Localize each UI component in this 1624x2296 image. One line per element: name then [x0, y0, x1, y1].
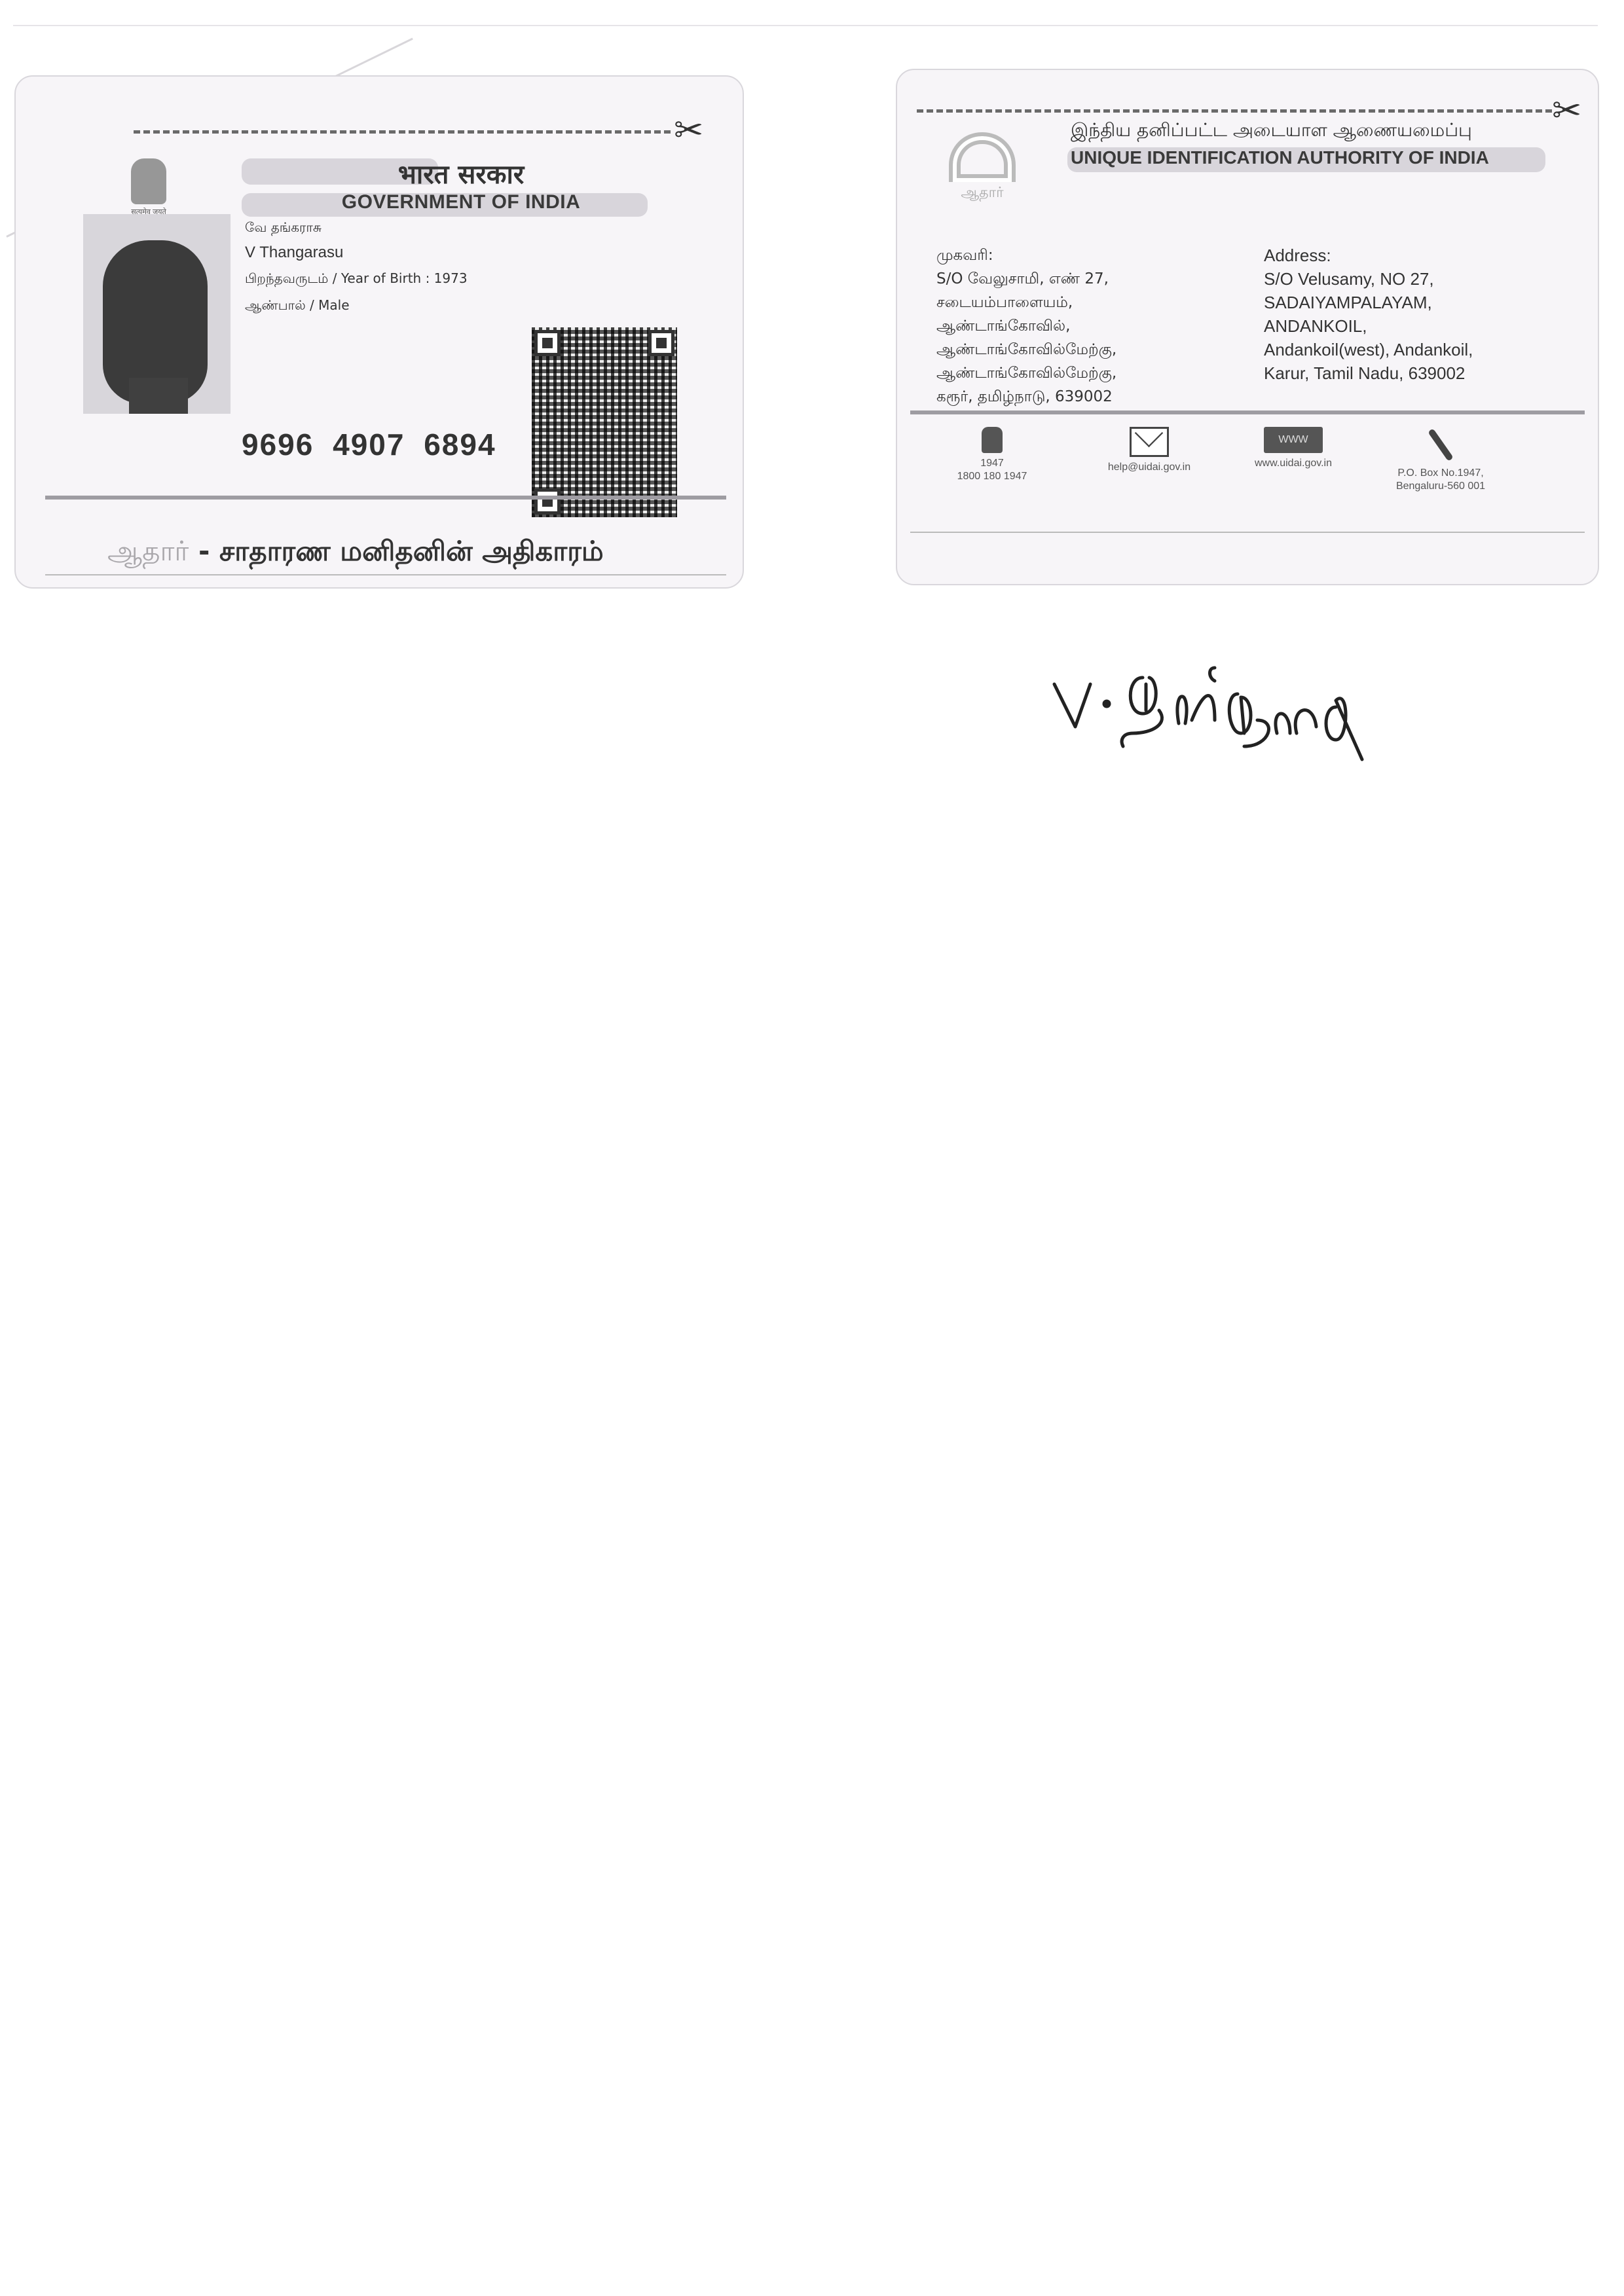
- scissors-icon: ✂: [1552, 93, 1581, 128]
- aadhaar-logo-icon: ஆதார்: [943, 132, 1022, 217]
- name-english: V Thangarasu: [245, 244, 343, 262]
- address-line: சடையம்பாளையம்,: [936, 291, 1116, 314]
- aadhaar-logo-word: ஆதார்: [943, 185, 1022, 203]
- scissors-icon: ✂: [674, 113, 703, 148]
- cut-line: [917, 109, 1552, 113]
- po-city-line: Bengaluru-560 001: [1378, 480, 1503, 493]
- www-icon: WWW: [1264, 427, 1323, 453]
- address-line: ANDANKOIL,: [1264, 314, 1473, 338]
- pen-icon: [1428, 428, 1454, 462]
- address-line: Andankoil(west), Andankoil,: [1264, 338, 1473, 361]
- address-line: S/O வேலுசாமி, எண் 27,: [936, 267, 1116, 291]
- address-tamil-label: முகவரி:: [936, 244, 1116, 267]
- mail-icon: [1130, 427, 1169, 457]
- handwritten-signature: V. தங்கராசு: [1028, 648, 1473, 766]
- tagline-text: - சாதாரண மனிதனின் அதிகாரம்: [189, 535, 603, 567]
- divider: [45, 574, 726, 575]
- phone-tollfree: 1800 180 1947: [946, 470, 1038, 483]
- footer-phone: 1947 1800 180 1947: [946, 427, 1038, 483]
- fingerprint-icon: [949, 132, 1016, 182]
- aadhaar-front-card: ✂ सत्यमेव जयते भारत सरकार GOVERNMENT OF …: [14, 75, 744, 589]
- divider: [910, 410, 1585, 414]
- qr-code: [532, 327, 677, 517]
- po-box-line: P.O. Box No.1947,: [1378, 467, 1503, 480]
- scan-fold-line: [13, 25, 1598, 26]
- divider: [910, 532, 1585, 533]
- address-line: ஆண்டாங்கோவில்,: [936, 314, 1116, 338]
- holder-photo: [83, 214, 231, 414]
- website-text: www.uidai.gov.in: [1238, 457, 1349, 470]
- year-of-birth: பிறந்தவருடம் / Year of Birth : 1973: [245, 270, 468, 288]
- address-line: ஆண்டாங்கோவில்மேற்கு,: [936, 338, 1116, 361]
- address-tamil: முகவரி: S/O வேலுசாமி, எண் 27, சடையம்பாளை…: [936, 244, 1116, 409]
- footer-website: WWW www.uidai.gov.in: [1238, 427, 1349, 470]
- footer-email: help@uidai.gov.in: [1094, 427, 1205, 474]
- email-text: help@uidai.gov.in: [1094, 461, 1205, 474]
- authority-tamil: இந்திய தனிப்பட்ட அடையாள ஆணையமைப்பு: [1071, 119, 1472, 143]
- address-line: S/O Velusamy, NO 27,: [1264, 267, 1473, 291]
- address-line: ஆண்டாங்கோவில்மேற்கு,: [936, 361, 1116, 385]
- cut-line: [134, 130, 671, 134]
- divider: [45, 496, 726, 500]
- signature-strokes: [1028, 648, 1473, 766]
- header-hindi: भारत सरकार: [291, 155, 631, 191]
- authority-english: UNIQUE IDENTIFICATION AUTHORITY OF INDIA: [1071, 147, 1489, 168]
- address-english-label: Address:: [1264, 244, 1473, 267]
- address-line: கரூர், தமிழ்நாடு, 639002: [936, 385, 1116, 409]
- aadhaar-number: 9696 4907 6894: [242, 427, 496, 462]
- aadhaar-back-card: ✂ ஆதார் இந்திய தனிப்பட்ட அடையாள ஆணையமைப்…: [896, 69, 1599, 585]
- gender: ஆண்பால் / Male: [245, 297, 350, 315]
- footer-po-box: P.O. Box No.1947, Bengaluru-560 001: [1378, 427, 1503, 493]
- address-line: Karur, Tamil Nadu, 639002: [1264, 361, 1473, 385]
- header-english: GOVERNMENT OF INDIA: [251, 191, 671, 213]
- aadhaar-tagline: ஆதார் - சாதாரண மனிதனின் அதிகாரம்: [107, 535, 697, 571]
- address-english: Address: S/O Velusamy, NO 27, SADAIYAMPA…: [1264, 244, 1473, 385]
- phone-short: 1947: [946, 457, 1038, 470]
- phone-icon: [982, 427, 1003, 453]
- address-line: SADAIYAMPALAYAM,: [1264, 291, 1473, 314]
- tagline-aadhaar-word: ஆதார்: [107, 535, 189, 567]
- name-tamil: வே தங்கராசு: [245, 219, 322, 237]
